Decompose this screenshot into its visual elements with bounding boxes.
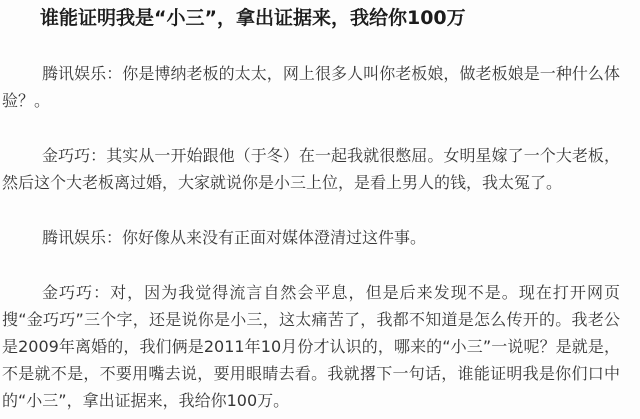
interview-question-1: 腾讯娱乐：你是博纳老板的太太，网上很多人叫你老板娘，做老板娘是一种什么体验？。 <box>2 60 620 114</box>
article-page: 谁能证明我是“小三”，拿出证据来，我给你100万 腾讯娱乐：你是博纳老板的太太，… <box>0 0 640 419</box>
interview-answer-2: 金巧巧：对，因为我觉得流言自然会平息，但是后来发现不是。现在打开网页搜“金巧巧”… <box>2 279 620 414</box>
interview-question-2: 腾讯娱乐：你好像从来没有正面对媒体澄清过这件事。 <box>2 224 620 251</box>
interview-answer-1: 金巧巧：其实从一开始跟他（于冬）在一起我就很憋屈。女明星嫁了一个大老板，然后这个… <box>2 142 620 196</box>
article-title: 谁能证明我是“小三”，拿出证据来，我给你100万 <box>2 5 620 32</box>
